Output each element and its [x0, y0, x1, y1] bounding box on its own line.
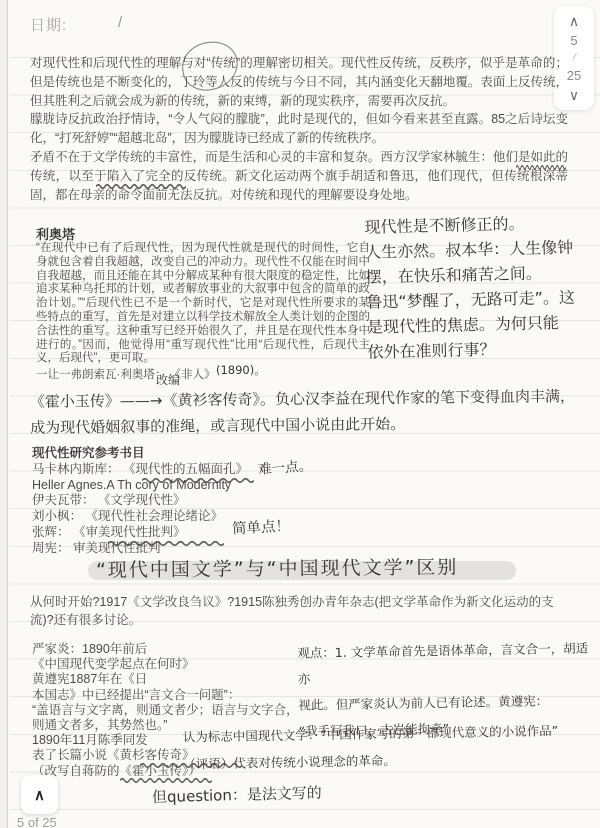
book-author: 刘小枫： [32, 509, 82, 523]
chevron-up-icon: ∧ [34, 786, 45, 804]
page-count-footer: 5 of 25 [17, 815, 57, 828]
book-title: 《审美现代性批判》 [73, 525, 186, 539]
book-author: 周宪： [32, 541, 70, 555]
note-paragraph-contradiction: 矛盾不在于文学传统的丰富性，而是生活和心灵的丰富和复杂。西方汉学家林毓生：他们是… [30, 148, 568, 204]
booklist-row: 张辉： 《审美现代性批判》 [32, 525, 248, 541]
date-field[interactable]: / [118, 14, 122, 31]
page-count-text: 5 of 25 [17, 815, 57, 828]
book-title: 《现代性社会理论绪论》 [86, 509, 224, 523]
note-paragraph-tradition: 对现代性和后现代性的理解与对“传统”的理解密切相关。现代性反传统，反秩序，似乎是… [30, 54, 568, 110]
note-body: 对现代性和后现代性的理解与对“传统”的理解密切相关。现代性反传统，反秩序，似乎是… [30, 54, 568, 204]
note-page: 日期: / ∧ 5 / 25 ∨ 对现代性和后现代性的理解与对“传统”的理解密切… [0, 0, 600, 828]
origin-question-paragraph: 从何时开始?1917《文学改良刍议》?1915陈独秀创办青年杂志(把文学革命作为… [30, 594, 570, 629]
book-title: 《现代性的五幅面孔》 [123, 462, 248, 476]
chevron-up-icon[interactable]: ∧ [569, 14, 579, 28]
handwritten-section-heading: “现代中国文学”与“中国现代文学”区别 [96, 552, 459, 582]
handwritten-question-note: 但question：是法文写的 [152, 782, 322, 807]
adaptation-text: 《霍小玉传》——→《黄衫客传奇》。负心汉李益在现代作家的笔下变得血肉丰满，成为现… [30, 383, 579, 441]
page-current: 5 [570, 34, 577, 47]
book-title: Heller Agnes.A Th cory of Modernity [32, 478, 231, 492]
book-title: 审美现代性批判 [73, 541, 161, 555]
page-divider: / [572, 53, 577, 63]
handwritten-modernity-note: 现代性是不断修正的。 人生亦然。叔本华：人生像钟 摆，在快乐和痛苦之间。 鲁迅“… [364, 209, 598, 365]
page-edge-strip [0, 0, 7, 828]
year-label: (1890)。 [216, 362, 266, 378]
page-edge-line [7, 0, 8, 828]
handwritten-note-simple: 简单点！ [231, 514, 290, 538]
booklist-row: 伊夫瓦带： 《文学现代性》 [32, 493, 248, 509]
booklist-row: 刘小枫： 《现代性社会理论绪论》 [32, 509, 248, 525]
booklist-row: 马卡林内斯库： 《现代性的五幅面孔》 [32, 462, 248, 478]
book-title: 《文学现代性》 [98, 493, 186, 507]
lyotard-quote: “在现代中已有了后现代性，因为现代性就是现代的时间性，它自身就包含着自我超越，改… [36, 242, 370, 366]
note-paragraph-menglong: 朦胧诗反抗政治抒情诗，“令人气闷的朦胧”，此时是现代的，但如今看来甚至直露。85… [30, 110, 568, 148]
adaptation-arrow-label: 改编 [156, 371, 180, 388]
handwritten-milestone-note: 认为标志中国现代文学：“中国作家写的第一部现代意义的小说作品” （评语）代表对传… [183, 716, 598, 777]
book-author: 马卡林内斯库： [32, 462, 120, 476]
book-author: 伊夫瓦带： [32, 493, 95, 507]
lyotard-heading: 利奥塔 [36, 224, 75, 243]
handwritten-adaptation-note: (1890)。 改编 《霍小玉传》——→《黄衫客传奇》。负心汉李益在现代作家的笔… [30, 362, 578, 438]
page-total: 25 [567, 69, 581, 82]
scroll-top-button[interactable]: ∧ [21, 775, 58, 814]
date-label: 日期: [30, 14, 67, 35]
handwritten-note-hard: 难一点。 [257, 454, 312, 478]
chevron-down-icon[interactable]: ∨ [569, 88, 579, 102]
booklist-row: Heller Agnes.A Th cory of Modernity [32, 478, 248, 494]
reference-booklist: 现代性研究参考书目 马卡林内斯库： 《现代性的五幅面孔》 Heller Agne… [32, 446, 248, 557]
booklist-header: 现代性研究参考书目 [32, 446, 248, 462]
book-author: 张辉： [32, 525, 70, 539]
